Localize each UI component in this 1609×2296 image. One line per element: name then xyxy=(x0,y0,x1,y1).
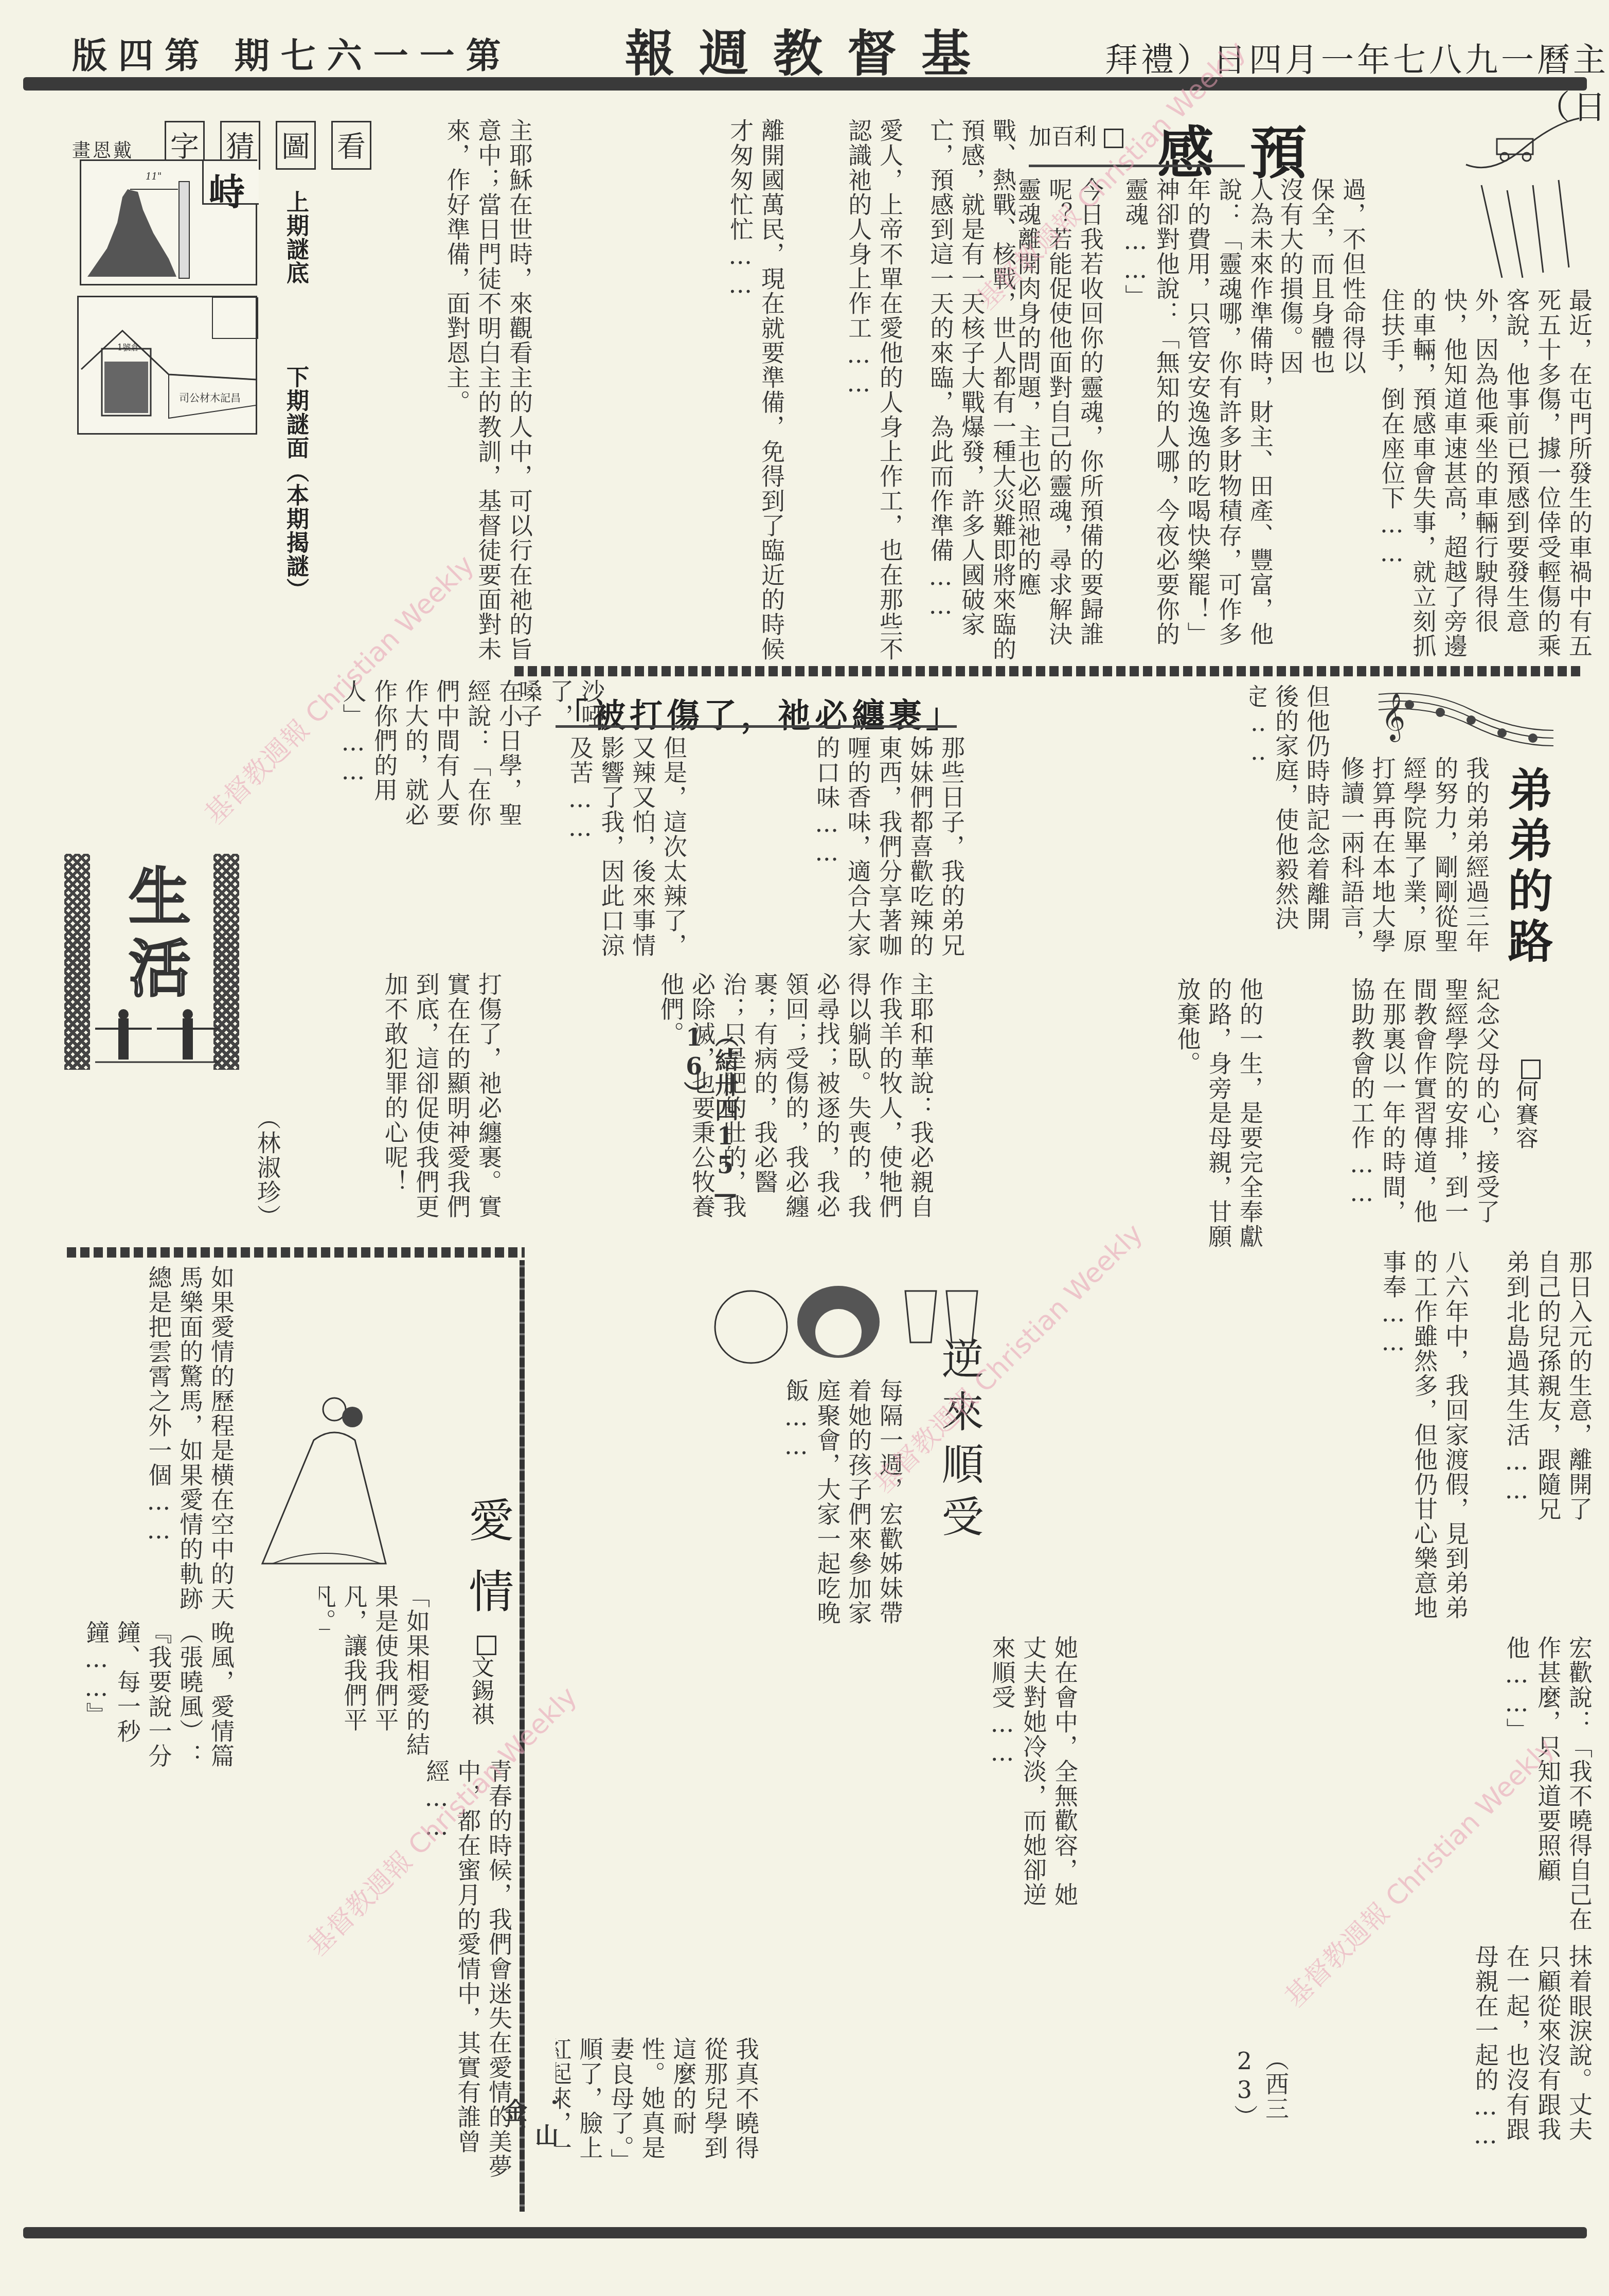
girl-cups-illustration xyxy=(710,1270,1070,1373)
nilai-title: 逆來順受 xyxy=(931,1337,987,1547)
music-notes-illustration: 𝄞 xyxy=(1368,684,1559,751)
header-rule xyxy=(23,77,1587,91)
yugan-col-4: 今日我若收回你的靈魂，你所預備的要歸誰呢？若能促使他面對自己的靈魂，尋求解決靈魂… xyxy=(1018,177,1106,666)
aiqing-col-4: 青春的時候，我們會迷失在愛情的美夢中，都在蜜月的愛情中，其實有誰曾經…… xyxy=(67,1759,514,2222)
yugan-col-2: 過，不但性命得以保全，而且身體也沒有大的損傷。因預感而有所預備，是聰明的抉擇。在… xyxy=(1276,177,1368,383)
puzzle-question-frame: 1號倉 昌記木材公司 xyxy=(77,296,257,435)
yugan-col-3: 人為未來作準備時，財主、田產、豐富，他說：「靈魂哪，你有許多財物積存，可作多年的… xyxy=(1106,177,1276,666)
shenghuo-header: 「被打傷了，祂必纏裹」 xyxy=(556,689,963,737)
shenghuo-title: 生活 xyxy=(113,864,194,1008)
rope-divider xyxy=(520,1260,525,2212)
nilai-verse-ref: （西三23） xyxy=(1260,2047,1291,2165)
puzzle-artist: 戴恩畫 xyxy=(72,136,134,163)
yugan-col-5: 戰、熱戰、核戰，世人都有一種大災難即將來臨的預感，就是有一天核子大戰爆發，許多人… xyxy=(916,118,1018,669)
byline-name: 利百加 xyxy=(1029,124,1097,150)
didi-col-6: 他的一生，是要完全奉獻的路，身旁是母親，甘願放棄他。 xyxy=(977,977,1265,1270)
nilai-col-1: 每隔一週，宏歡姊妹帶着她的孩子們來參加家庭聚會，大家一起吃晚飯…… xyxy=(535,1378,905,1625)
byline-box xyxy=(477,1636,496,1655)
shenghuo-signature: （林淑珍） xyxy=(252,1106,283,1240)
byline-aiqing: 文錫祺 xyxy=(466,1636,496,1726)
byline-name: 何賽容 xyxy=(1512,1079,1538,1150)
nilai-col-4: 抹着眼淚說。丈夫只顧從來沒有跟我在一起，也沒有跟母親在一起的…… xyxy=(772,1944,1595,2165)
yugan-col-8: 主耶穌在世時，來觀看主的人中，可以行在祂的旨意中；當日門徒不明白主的教訓，基督徒… xyxy=(391,118,535,669)
nilai-col-5: 我真不曉得從那兒學到這麼的耐性。她真是妻良母了。」順了，臉上紅起來，一笑。 xyxy=(556,2037,761,2165)
didi-col-5: 八六年中，我回家渡假，見到弟弟的工作雖然多，但他仍甘心樂意地事奉…… xyxy=(1090,1250,1471,1620)
bride-groom-illustration xyxy=(231,1389,406,1574)
shenghuo-title-panel: 生活 xyxy=(64,854,239,1070)
didi-col-4: 那日入元的生意，離開了自己的兒孫親友，跟隨兄弟到北島過其生活…… xyxy=(1476,1250,1595,1538)
shenghuo-col-3: 沙啞了，嗓子一好，就又吃了辣的…… xyxy=(514,679,607,736)
last-answer-char: 峙 xyxy=(209,164,245,216)
shenghuo-header-rule xyxy=(556,725,957,728)
footer-rule xyxy=(23,2227,1587,2238)
didi-col-2: 紀念父母的心，接受了聖經學院的安排，到一間教會作實習傳道，他在那裏以一年的時間，… xyxy=(1276,977,1502,1234)
byline-didi: 何賽容 xyxy=(1510,1060,1541,1150)
shenghuo-col-1: 那些日子，我的弟兄姊妹們都喜歡吃辣的東西，我們分享著咖喱的香味，適合大家的口味…… xyxy=(694,736,967,967)
zigzag-border-left xyxy=(64,854,90,1070)
edition-info: 第一一六七期 第四版 xyxy=(72,28,512,78)
aiqing-title: 愛情 xyxy=(458,1497,517,1639)
puzzle-title-char: 圖 xyxy=(276,121,316,170)
yugan-col-7: 離開國萬民，現在就要準備，免得到了臨近的時候才匆匆忙忙…… xyxy=(540,118,787,669)
byline-yugan: 利百加 xyxy=(1029,118,1123,151)
puzzle-title-char: 看 xyxy=(331,121,371,170)
didi-title: 弟弟的路 xyxy=(1497,766,1557,968)
byline-box xyxy=(1521,1060,1541,1079)
shenghuo-header-text: 被打傷了，祂必纏裹 xyxy=(593,697,926,735)
aiqing-col-3: 「如果相愛的結果是使我們平凡，讓我們平凡。」 xyxy=(319,1584,432,1759)
porters-illustration xyxy=(95,1008,219,1065)
yugan-title-rule xyxy=(1029,165,1245,167)
masthead-title: 基督教週報 xyxy=(625,14,995,85)
nilai-col-3: 宏歡說：「我不曉得自己在作甚麼，只知道要照顧他……」 xyxy=(1090,1636,1595,1944)
byline-name: 文錫祺 xyxy=(468,1655,494,1726)
svg-text:𝄞: 𝄞 xyxy=(1381,692,1405,742)
yugan-col-6: 愛人，上帝不單在愛他的人身上作工，也在那些不認識祂的人身上作工…… xyxy=(802,118,905,669)
ruler-label: 11" xyxy=(146,171,162,182)
next-puzzle-label: 下期謎面（本期揭謎） xyxy=(280,365,310,602)
nilai-signature: ．山金． xyxy=(530,2098,561,2191)
shenghuo-col-5: 在小日學，聖經說：「在你們中間有人要作大的，就必作你們的用人」…… xyxy=(72,679,525,838)
warehouse-wall-text: 昌記木材公司 xyxy=(179,390,241,405)
shenghuo-bottom-divider xyxy=(67,1247,525,1258)
nilai-col-2: 她在會中，全無歡容，她丈夫對她冷淡，而她卻逆來順受…… xyxy=(535,1636,1080,1924)
shenghuo-col-2: 但是，這次太辣了，又辣又怕，後來事情影響了我，因此口涼及苦…… xyxy=(514,736,689,967)
section-divider xyxy=(514,666,1584,676)
puzzle-section: 戴恩畫 看圖猜字 11" 峙 上期謎底 1號倉 昌記木材公司 下期謎面（本期揭謎… xyxy=(72,108,381,699)
aiqing-col-1: 如果愛情的歷程是横在空中的天馬樂面的驚馬，如果愛情的軌跡總是把雲霄之外一個…… xyxy=(67,1265,237,1615)
byline-box xyxy=(1104,129,1123,148)
didi-col-3: 但他仍時時記念着離開後的家庭，使他毅然決定…… xyxy=(1250,684,1332,952)
puzzle-answer-frame: 11" 峙 xyxy=(80,159,257,285)
shenghuo-verse-ref: （結卅四15—16） xyxy=(710,1024,741,1240)
last-answer-label: 上期謎底 xyxy=(280,190,310,285)
didi-col-1: 我的弟弟經過三年的努力，剛剛從聖經學院畢了業，原打算再在本地大學修讀一兩科語言，… xyxy=(1337,756,1492,972)
warehouse-sign: 1號倉 xyxy=(117,341,139,353)
car-cliff-illustration xyxy=(1461,108,1595,283)
warehouse-illustration xyxy=(79,297,259,436)
